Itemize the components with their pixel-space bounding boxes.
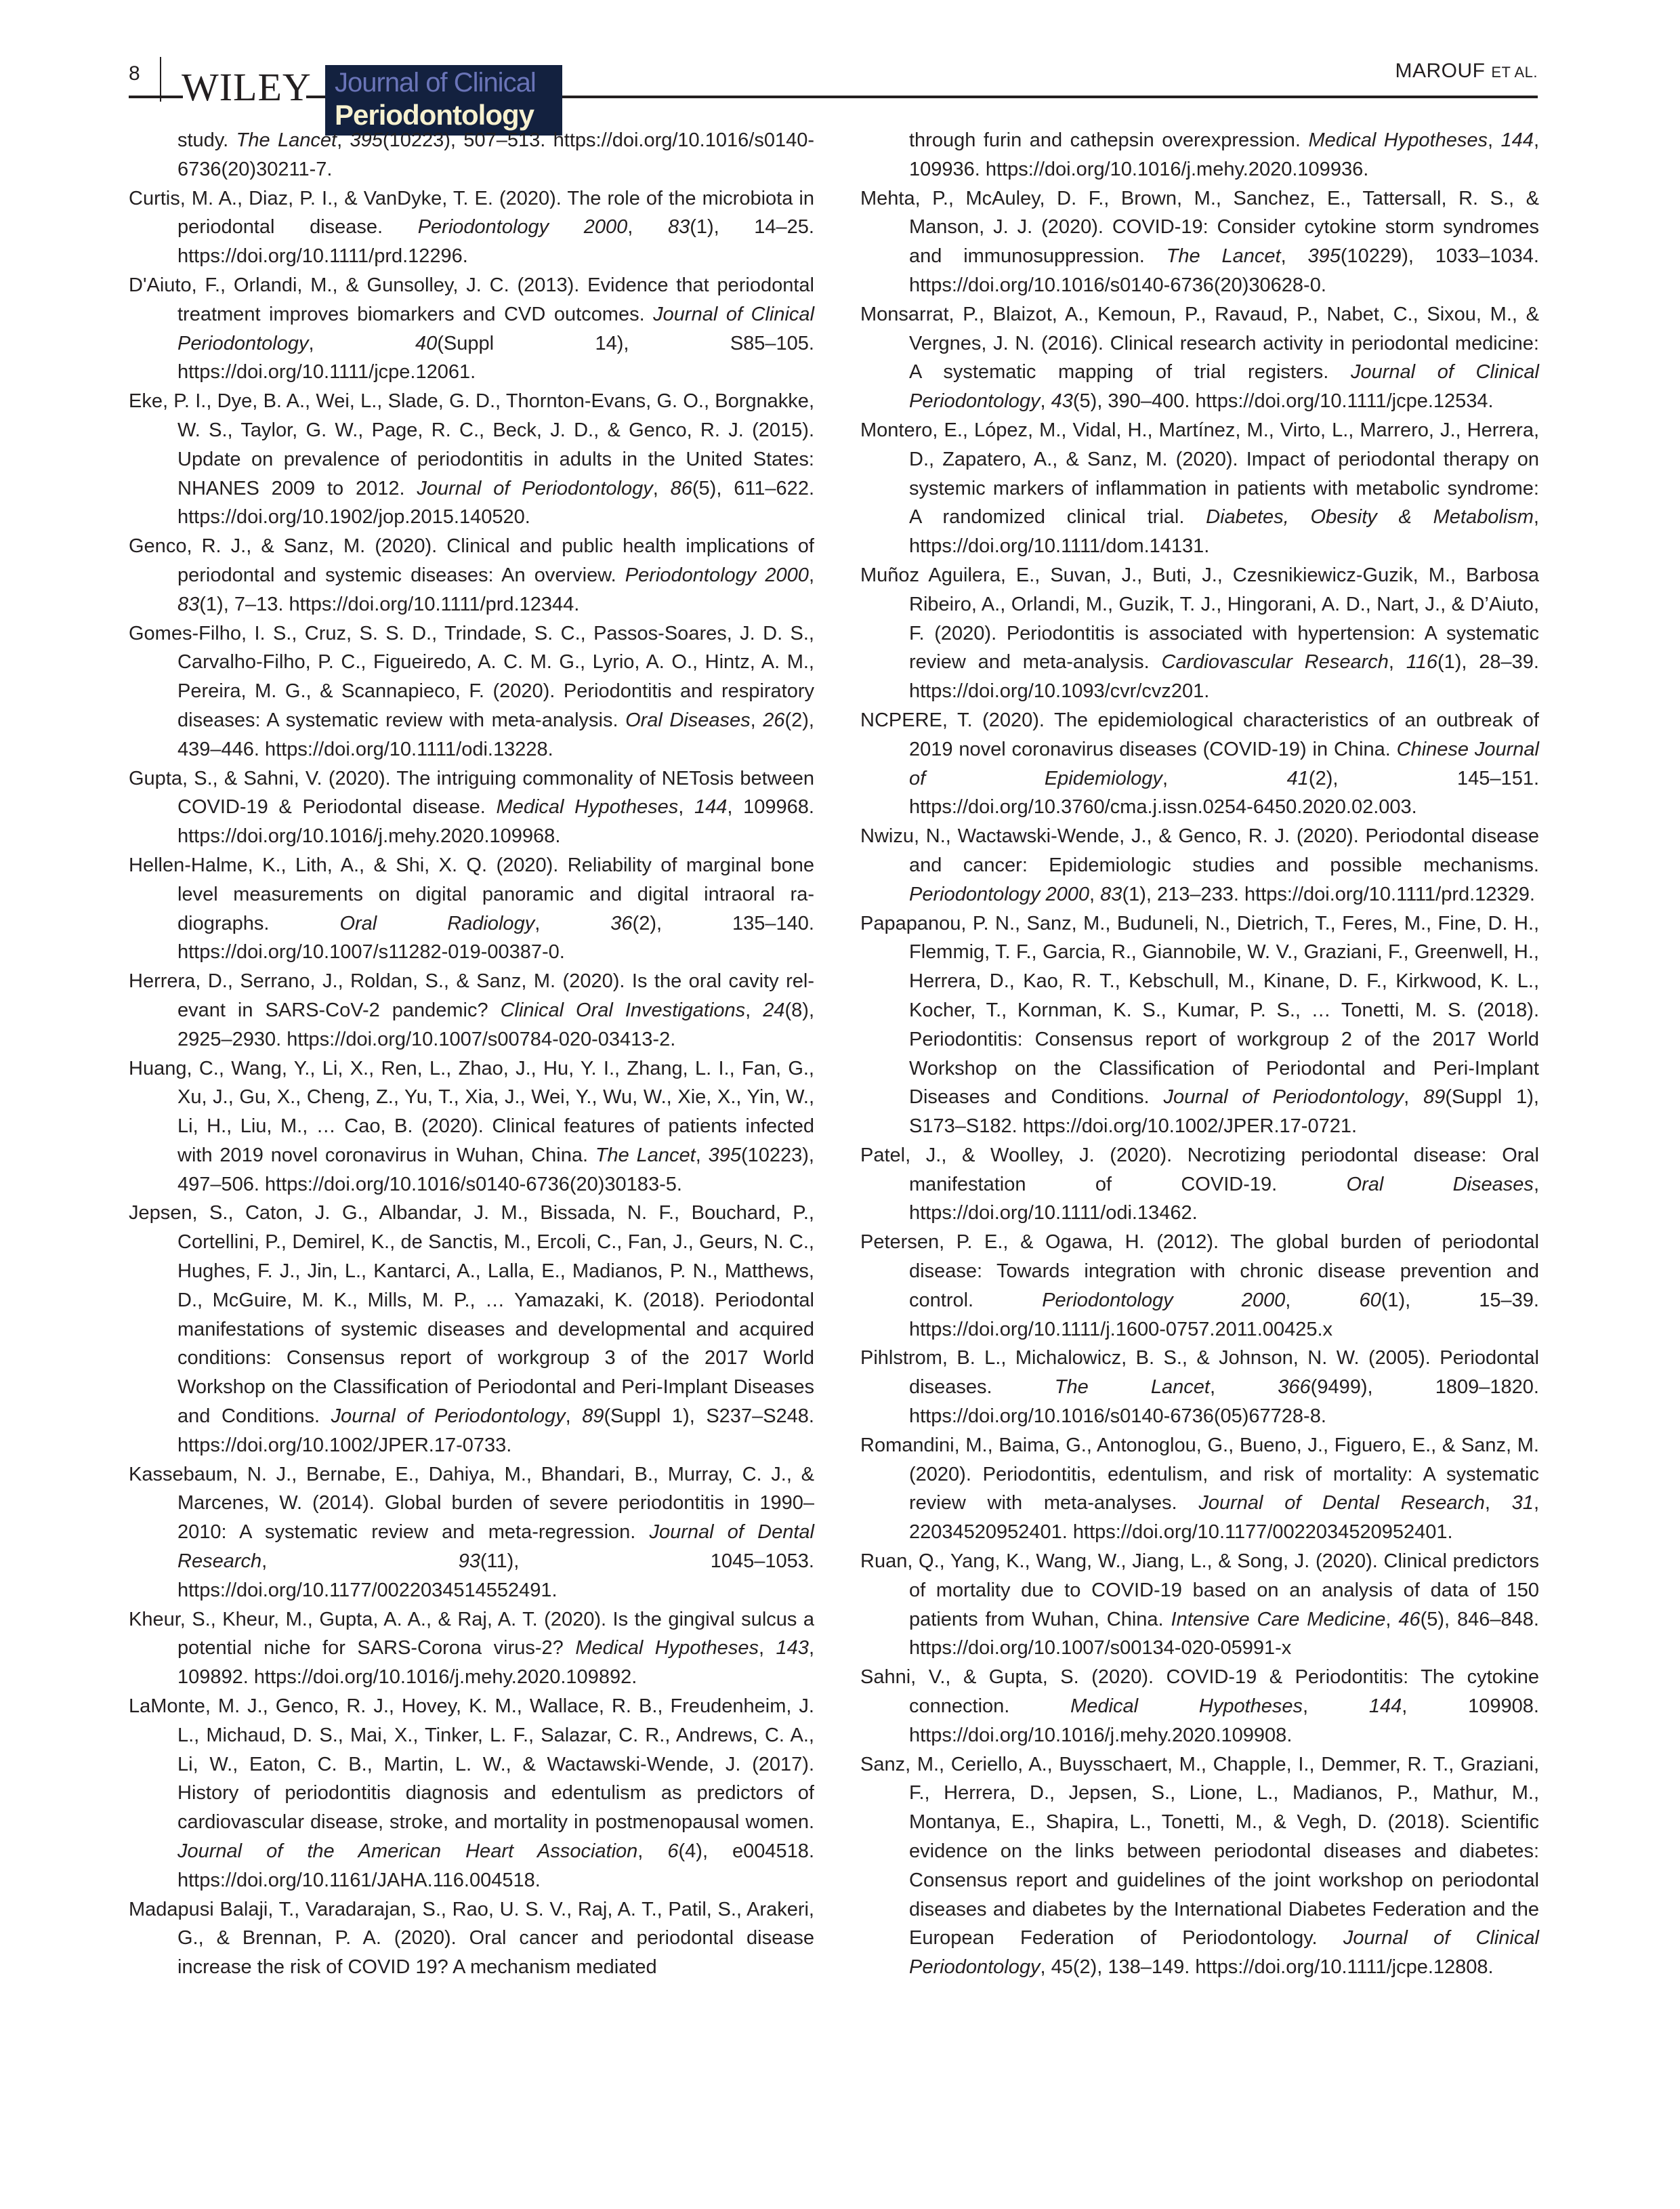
reference-text: ,	[1162, 768, 1287, 789]
reference-entry: Mehta, P., McAuley, D. F., Brown, M., Sa…	[860, 184, 1539, 300]
journal-logo-line1: Journal of Clinical	[335, 68, 536, 98]
reference-journal-italic: 6	[667, 1840, 678, 1862]
reference-journal-italic: The Lancet	[1167, 245, 1281, 267]
reference-text: ,	[1089, 884, 1100, 905]
reference-entry: Petersen, P. E., & Ogawa, H. (2012). The…	[860, 1228, 1539, 1344]
reference-text: ,	[809, 564, 814, 586]
reference-entry: Kassebaum, N. J., Bernabe, E., Dahiya, M…	[129, 1460, 814, 1605]
reference-journal-italic: Periodontology 2000	[1042, 1289, 1285, 1311]
reference-entry: Pihlstrom, B. L., Michalowicz, B. S., & …	[860, 1344, 1539, 1430]
reference-journal-italic: 26	[763, 709, 784, 731]
reference-journal-italic: Oral Radiology	[339, 913, 534, 934]
reference-journal-italic: Medical Hypotheses	[1070, 1695, 1303, 1717]
reference-journal-italic: 144	[694, 796, 727, 818]
reference-entry: Jepsen, S., Caton, J. G., Albandar, J. M…	[129, 1199, 814, 1460]
reference-text: (1), 213–233. https://doi.org/10.1111/pr…	[1122, 884, 1534, 905]
reference-entry: Kheur, S., Kheur, M., Gupta, A. A., & Ra…	[129, 1605, 814, 1692]
reference-text: ,	[759, 1637, 776, 1659]
reference-entry: Ruan, Q., Yang, K., Wang, W., Jiang, L.,…	[860, 1547, 1539, 1663]
reference-journal-italic: 60	[1359, 1289, 1381, 1311]
reference-entry: Eke, P. I., Dye, B. A., Wei, L., Slade, …	[129, 387, 814, 532]
reference-entry: Madapusi Balaji, T., Varadarajan, S., Ra…	[129, 1895, 814, 1982]
reference-journal-italic: Periodontology 2000	[909, 884, 1089, 905]
header-rule-right	[562, 96, 1538, 98]
reference-journal-italic: The Lancet	[236, 129, 337, 151]
references-right-column: through furin and cathepsin overexpressi…	[860, 126, 1539, 1982]
running-head-author: MAROUF	[1395, 60, 1486, 82]
reference-text: through furin and cathepsin overexpressi…	[909, 129, 1308, 151]
reference-text: Papapanou, P. N., Sanz, M., Buduneli, N.…	[860, 913, 1539, 1109]
reference-text: study.	[177, 129, 236, 151]
journal-logo: Journal of Clinical Periodontology	[325, 65, 562, 136]
reference-entry: Nwizu, N., Wactawski-Wende, J., & Genco,…	[860, 822, 1539, 909]
reference-journal-italic: 395	[350, 129, 383, 151]
reference-entry: Gomes-Filho, I. S., Cruz, S. S. D., Trin…	[129, 619, 814, 764]
reference-journal-italic: 89	[1423, 1086, 1445, 1108]
reference-journal-italic: Journal of Periodontology	[1164, 1086, 1404, 1108]
reference-text: ,	[696, 1144, 709, 1166]
header-rule-mid	[306, 96, 327, 98]
reference-text: ,	[637, 1840, 667, 1862]
reference-text: ,	[1389, 651, 1406, 673]
reference-journal-italic: Periodontology 2000	[418, 216, 628, 238]
reference-journal-italic: Periodontology 2000	[625, 564, 809, 586]
reference-text: ,	[678, 796, 694, 818]
reference-journal-italic: Journal of the American Heart Associatio…	[177, 1840, 637, 1862]
reference-text: , 45(2), 138–149. https://doi.org/10.111…	[1040, 1956, 1493, 1978]
reference-journal-italic: 395	[709, 1144, 741, 1166]
reference-journal-italic: Intensive Care Medicine	[1171, 1609, 1386, 1630]
reference-entry: Romandini, M., Baima, G., Antonoglou, G.…	[860, 1431, 1539, 1547]
reference-journal-italic: 143	[776, 1637, 809, 1659]
reference-journal-italic: 86	[671, 478, 692, 499]
reference-journal-italic: 41	[1287, 768, 1309, 789]
reference-text: ,	[653, 478, 671, 499]
reference-journal-italic: Journal of Periodontology	[417, 478, 652, 499]
reference-journal-italic: 83	[668, 216, 690, 238]
reference-journal-italic: 40	[415, 333, 437, 354]
reference-entry: Genco, R. J., & Sanz, M. (2020). Clinica…	[129, 532, 814, 619]
reference-journal-italic: 144	[1369, 1695, 1402, 1717]
reference-entry: Sahni, V., & Gupta, S. (2020). COVID-19 …	[860, 1663, 1539, 1750]
reference-journal-italic: Medical Hypotheses	[497, 796, 679, 818]
reference-journal-italic: 83	[1100, 884, 1122, 905]
reference-text: (5), 390–400. https://doi.org/10.1111/jc…	[1073, 390, 1494, 412]
reference-journal-italic: The Lancet	[1055, 1376, 1210, 1398]
reference-journal-italic: Clinical Oral Investigations	[501, 999, 746, 1021]
reference-text: ,	[534, 913, 610, 934]
reference-journal-italic: 366	[1278, 1376, 1310, 1398]
reference-journal-italic: 89	[582, 1405, 604, 1427]
reference-entry: Huang, C., Wang, Y., Li, X., Ren, L., Zh…	[129, 1054, 814, 1199]
reference-journal-italic: 43	[1051, 390, 1073, 412]
reference-text: ,	[1303, 1695, 1369, 1717]
reference-journal-italic: Cardiovascular Research	[1162, 651, 1389, 673]
reference-journal-italic: Journal of Dental Research	[1198, 1492, 1485, 1514]
reference-journal-italic: 116	[1406, 651, 1437, 673]
reference-journal-italic: Oral Diseases	[1347, 1174, 1534, 1195]
publisher-logo: WILEY	[182, 68, 312, 107]
running-head: MAROUF ET AL.	[1395, 60, 1538, 83]
reference-entry: D'Aiuto, F., Orlandi, M., & Gunsolley, J…	[129, 271, 814, 387]
reference-entry: Monsarrat, P., Blaizot, A., Kemoun, P., …	[860, 300, 1539, 416]
reference-text: ,	[308, 333, 415, 354]
reference-journal-italic: The Lancet	[595, 1144, 696, 1166]
reference-journal-italic: Medical Hypotheses	[1308, 129, 1488, 151]
reference-journal-italic: 144	[1501, 129, 1534, 151]
reference-entry: Montero, E., López, M., Vidal, H., Martí…	[860, 416, 1539, 561]
reference-text: LaMonte, M. J., Genco, R. J., Hovey, K. …	[129, 1695, 814, 1833]
reference-text: ,	[261, 1550, 458, 1572]
reference-text: Madapusi Balaji, T., Varadarajan, S., Ra…	[129, 1899, 814, 1979]
reference-text: ,	[1285, 1289, 1359, 1311]
reference-text: ,	[566, 1405, 583, 1427]
reference-journal-italic: Journal of Periodontology	[331, 1405, 566, 1427]
header-rule-left	[129, 96, 183, 98]
reference-text: ,	[751, 709, 763, 731]
reference-text: ,	[745, 999, 763, 1021]
reference-journal-italic: Diabetes, Obesity & Metabolism	[1206, 506, 1534, 528]
reference-text: ,	[1040, 390, 1051, 412]
running-head-suffix: ET AL.	[1491, 64, 1538, 81]
reference-entry: Curtis, M. A., Diaz, P. I., & VanDyke, T…	[129, 184, 814, 271]
reference-text: ,	[1385, 1609, 1398, 1630]
reference-text: Jepsen, S., Caton, J. G., Albandar, J. M…	[129, 1202, 814, 1427]
reference-journal-italic: 93	[459, 1550, 480, 1572]
reference-entry: Sanz, M., Ceriello, A., Buysschaert, M.,…	[860, 1750, 1539, 1982]
reference-entry-continued: through furin and cathepsin overexpressi…	[860, 126, 1539, 184]
reference-text: Nwizu, N., Wactawski-Wende, J., & Genco,…	[860, 825, 1539, 876]
reference-entry: Papapanou, P. N., Sanz, M., Buduneli, N.…	[860, 909, 1539, 1141]
reference-entry: Muñoz Aguilera, E., Suvan, J., Buti, J.,…	[860, 561, 1539, 706]
reference-journal-italic: 36	[610, 913, 632, 934]
reference-journal-italic: 24	[763, 999, 784, 1021]
reference-text: ,	[627, 216, 668, 238]
reference-text: ,	[1488, 129, 1501, 151]
reference-entry: Patel, J., & Woolley, J. (2020). Necroti…	[860, 1141, 1539, 1228]
reference-journal-italic: 31	[1512, 1492, 1534, 1514]
reference-entry: Gupta, S., & Sahni, V. (2020). The intri…	[129, 764, 814, 851]
reference-entry: LaMonte, M. J., Genco, R. J., Hovey, K. …	[129, 1692, 814, 1895]
reference-text: ,	[1404, 1086, 1423, 1108]
reference-entry: Hellen-Halme, K., Lith, A., & Shi, X. Q.…	[129, 851, 814, 967]
reference-text: Sanz, M., Ceriello, A., Buysschaert, M.,…	[860, 1754, 1539, 1949]
page-header: 8 WILEY Journal of Clinical Periodontolo…	[0, 0, 1680, 129]
reference-text: ,	[1210, 1376, 1278, 1398]
reference-journal-italic: 46	[1398, 1609, 1420, 1630]
page-number: 8	[129, 62, 140, 85]
reference-text: ,	[337, 129, 350, 151]
reference-entry: Herrera, D., Serrano, J., Roldan, S., & …	[129, 967, 814, 1054]
reference-text: ,	[1281, 245, 1308, 267]
references-left-column: study. The Lancet, 395(10223), 507–513. …	[129, 126, 814, 1982]
reference-text: (1), 7–13. https://doi.org/10.1111/prd.1…	[199, 594, 579, 615]
reference-journal-italic: 395	[1308, 245, 1341, 267]
reference-entry-continued: study. The Lancet, 395(10223), 507–513. …	[129, 126, 814, 184]
reference-entry: NCPERE, T. (2020). The epidemiological c…	[860, 706, 1539, 822]
reference-journal-italic: 83	[177, 594, 199, 615]
reference-journal-italic: Medical Hypotheses	[575, 1637, 759, 1659]
reference-text: ,	[1485, 1492, 1512, 1514]
reference-journal-italic: Oral Diseases	[625, 709, 751, 731]
